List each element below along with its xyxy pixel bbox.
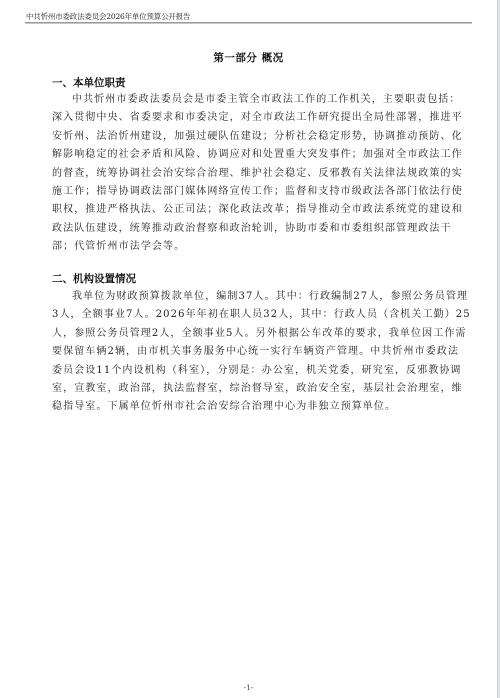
paragraph-line: 我单位为财政预算拨款单位，编制37人。其中：行政编制27人，参照公务员管理 xyxy=(52,288,450,306)
paragraph-line: 施工作；指导协调政法部门媒体网络宣传工作；监督和支持市级政法各部门依法行使 xyxy=(52,183,450,201)
part-title: 第一部分 概况 xyxy=(0,50,497,65)
paragraph-duties: 中共忻州市委政法委员会是市委主管全市政法工作的工作机关，主要职责包括： 深入贯彻… xyxy=(52,91,450,257)
paragraph-line: 中共忻州市委政法委员会是市委主管全市政法工作的工作机关，主要职责包括： xyxy=(52,91,450,109)
section-heading-organization: 二、机构设置情况 xyxy=(52,271,136,286)
paragraph-line: 深入贯彻中央、省委要求和市委决定，对全市政法工作研究提出全局性部署，推进平 xyxy=(52,109,450,127)
header-divider xyxy=(25,22,472,24)
paragraph-line: 安忻州、法治忻州建设，加强过硬队伍建设；分析社会稳定形势，协调推动预防、化 xyxy=(52,128,450,146)
document-page: 中共忻州市委政法委员会2026年单位预算公开报告 第一部分 概况 一、本单位职责… xyxy=(0,0,497,698)
page-number: -1- xyxy=(0,684,497,692)
paragraph-line: 稳指导室。下属单位忻州市社会治安综合治理中心为非独立预算单位。 xyxy=(52,398,450,416)
paragraph-line: 要保留车辆2辆，由市机关事务服务中心统一实行车辆资产管理。中共忻州市委政法 xyxy=(52,343,450,361)
paragraph-line: 解影响稳定的社会矛盾和风险、协调应对和处置重大突发事件；加强对全市政法工作 xyxy=(52,146,450,164)
paragraph-line: 人，参照公务员管理2人，全额事业5人。另外根据公车改革的要求，我单位因工作需 xyxy=(52,325,450,343)
paragraph-line: 部；代管忻州市法学会等。 xyxy=(52,238,450,256)
paragraph-line: 室，宣教室，政治部，执法监督室，综治督导室，政治安全室，基层社会治理室，维 xyxy=(52,380,450,398)
paragraph-line: 职权，推进严格执法、公正司法；深化政法改革；指导推动全市政法系统党的建设和 xyxy=(52,201,450,219)
paragraph-line: 的督查，统筹协调社会治安综合治理、维护社会稳定、反邪教有关法律法规政策的实 xyxy=(52,165,450,183)
running-header: 中共忻州市委政法委员会2026年单位预算公开报告 xyxy=(26,11,190,22)
paragraph-organization: 我单位为财政预算拨款单位，编制37人。其中：行政编制27人，参照公务员管理 3人… xyxy=(52,288,450,417)
paragraph-line: 3人，全额事业7人。2026年年初在职人员32人，其中：行政人员（含机关工勤）2… xyxy=(52,306,450,324)
paragraph-line: 委员会设11个内设机构（科室），分别是：办公室，机关党委，研究室，反邪教协调 xyxy=(52,362,450,380)
section-heading-duties: 一、本单位职责 xyxy=(52,75,126,90)
paragraph-line: 政法队伍建设，统筹推动政治督察和政治轮训，协助市委和市委组织部管理政法干 xyxy=(52,220,450,238)
